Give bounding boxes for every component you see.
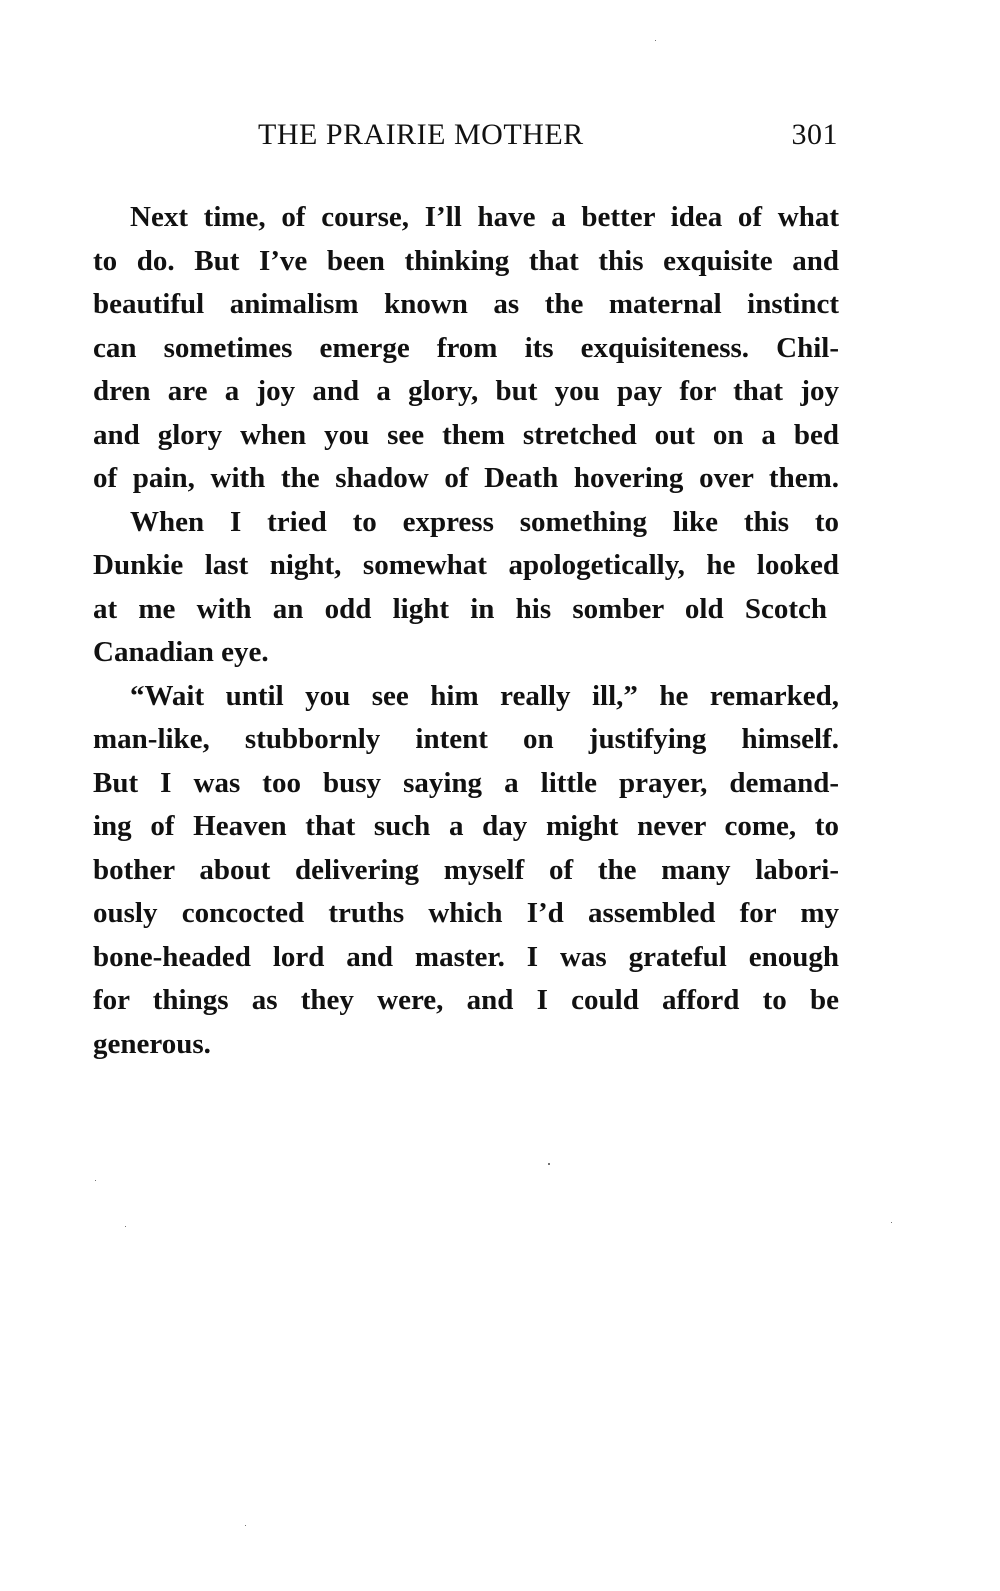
scan-speck: [891, 1222, 892, 1223]
text-line: beautiful animalism known as the materna…: [93, 283, 839, 327]
text-line: bone-headed lord and master. I was grate…: [93, 936, 839, 980]
scan-speck: [245, 1525, 246, 1526]
scan-speck: [548, 1163, 550, 1165]
text-line: Dunkie last night, somewhat apologetical…: [93, 544, 839, 588]
text-line: generous.: [93, 1023, 839, 1067]
text-line: “Wait until you see him really ill,” he …: [93, 675, 839, 719]
text-line: bother about delivering myself of the ma…: [93, 849, 839, 893]
text-line: of pain, with the shadow of Death hoveri…: [93, 457, 839, 501]
paragraph-2: When I tried to express something like t…: [93, 501, 839, 675]
scan-speck: [95, 1180, 96, 1181]
text-line: When I tried to express something like t…: [93, 501, 839, 545]
text-line: to do. But I’ve been thinking that this …: [93, 240, 839, 284]
text-line: Canadian eye.: [93, 631, 839, 675]
text-line: ously concocted truths which I’d assembl…: [93, 892, 839, 936]
page-number: 301: [792, 118, 839, 152]
text-line: man-like, stubbornly intent on justifyin…: [93, 718, 839, 762]
text-line: can sometimes emerge from its exquisiten…: [93, 327, 839, 371]
running-title: THE PRAIRIE MOTHER: [258, 118, 584, 152]
text-line: for things as they were, and I could aff…: [93, 979, 839, 1023]
text-line: dren are a joy and a glory, but you pay …: [93, 370, 839, 414]
book-page: THE PRAIRIE MOTHER 301 Next time, of cou…: [0, 0, 1000, 1591]
paragraph-1: Next time, of course, I’ll have a better…: [93, 196, 839, 501]
text-line: at me with an odd light in his somber ol…: [93, 588, 839, 632]
running-head: THE PRAIRIE MOTHER 301: [258, 118, 838, 158]
text-line: Next time, of course, I’ll have a better…: [93, 196, 839, 240]
scan-speck: [125, 1226, 126, 1227]
paragraph-3: “Wait until you see him really ill,” he …: [93, 675, 839, 1067]
text-line: But I was too busy saying a little praye…: [93, 762, 839, 806]
text-line: and glory when you see them stretched ou…: [93, 414, 839, 458]
body-text: Next time, of course, I’ll have a better…: [93, 196, 839, 1066]
scan-speck: [655, 40, 656, 41]
text-line: ing of Heaven that such a day might neve…: [93, 805, 839, 849]
